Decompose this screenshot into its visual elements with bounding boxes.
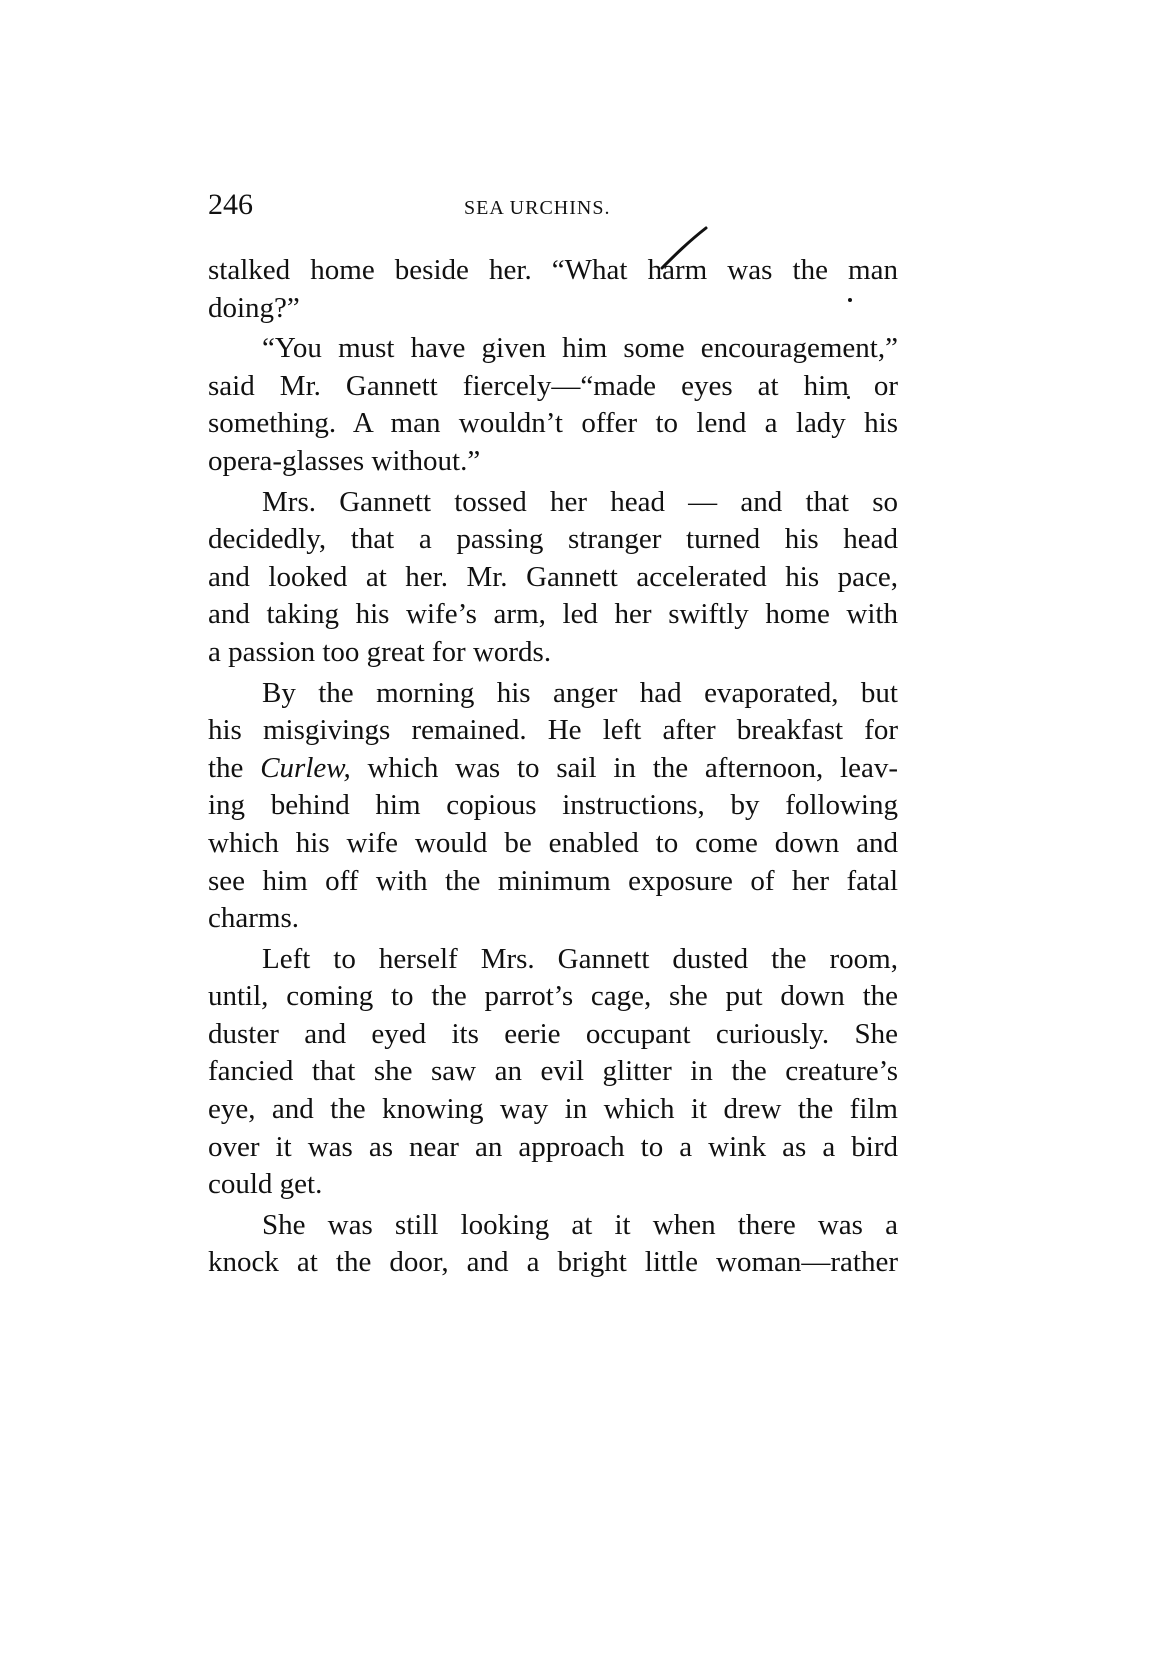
text-line: see him off with the minimum exposure of… <box>208 863 898 901</box>
paragraph: “You must have given him some encouragem… <box>208 330 898 480</box>
text-line: which his wife would be enabled to come … <box>208 825 898 863</box>
paragraph: By the morning his anger had evaporated,… <box>208 675 898 938</box>
text-line: something. A man wouldn’t offer to lend … <box>208 405 898 443</box>
text-line: until, coming to the parrot’s cage, she … <box>208 978 898 1016</box>
text-line: could get. <box>208 1166 898 1204</box>
book-page: 246 SEA URCHINS. stalked home beside her… <box>0 0 1154 1654</box>
body-text: stalked home beside her. “What harm was … <box>208 252 898 1282</box>
text-span: the <box>208 752 260 784</box>
text-line: stalked home beside her. “What harm was … <box>208 252 898 290</box>
text-line: knock at the door, and a bright little w… <box>208 1244 898 1282</box>
ship-name: Curlew, <box>260 752 351 784</box>
text-line: eye, and the knowing way in which it dre… <box>208 1091 898 1129</box>
text-line: his misgivings remained. He left after b… <box>208 712 898 750</box>
text-line: “You must have given him some encouragem… <box>208 330 898 368</box>
text-line: Left to herself Mrs. Gannett dusted the … <box>208 941 898 979</box>
paragraph: She was still looking at it when there w… <box>208 1207 898 1282</box>
running-title: SEA URCHINS. <box>464 196 610 220</box>
page-number: 246 <box>208 188 253 222</box>
text-line-with-italic: the Curlew, which was to sail in the aft… <box>208 750 898 788</box>
text-line: fancied that she saw an evil glitter in … <box>208 1053 898 1091</box>
text-line: a passion too great for words. <box>208 634 898 672</box>
text-line: opera-glasses without.” <box>208 443 898 481</box>
text-line: decidedly, that a passing stranger turne… <box>208 521 898 559</box>
text-line: duster and eyed its eerie occupant curio… <box>208 1016 898 1054</box>
paragraph: Mrs. Gannett tossed her head — and that … <box>208 484 898 672</box>
text-line: She was still looking at it when there w… <box>208 1207 898 1245</box>
text-line: By the morning his anger had evaporated,… <box>208 675 898 713</box>
text-line: and taking his wife’s arm, led her swift… <box>208 596 898 634</box>
running-head: 246 SEA URCHINS. <box>208 188 898 228</box>
paragraph: stalked home beside her. “What harm was … <box>208 252 898 327</box>
text-line: charms. <box>208 900 898 938</box>
paragraph: Left to herself Mrs. Gannett dusted the … <box>208 941 898 1204</box>
text-span: which was to sail in the afternoon, leav… <box>351 752 898 784</box>
text-line: ing behind him copious instructions, by … <box>208 787 898 825</box>
text-line: Mrs. Gannett tossed her head — and that … <box>208 484 898 522</box>
text-line: and looked at her. Mr. Gannett accelerat… <box>208 559 898 597</box>
text-line: over it was as near an approach to a win… <box>208 1129 898 1167</box>
text-line: doing?” <box>208 290 898 328</box>
text-line: said Mr. Gannett fiercely—“made eyes at … <box>208 368 898 406</box>
